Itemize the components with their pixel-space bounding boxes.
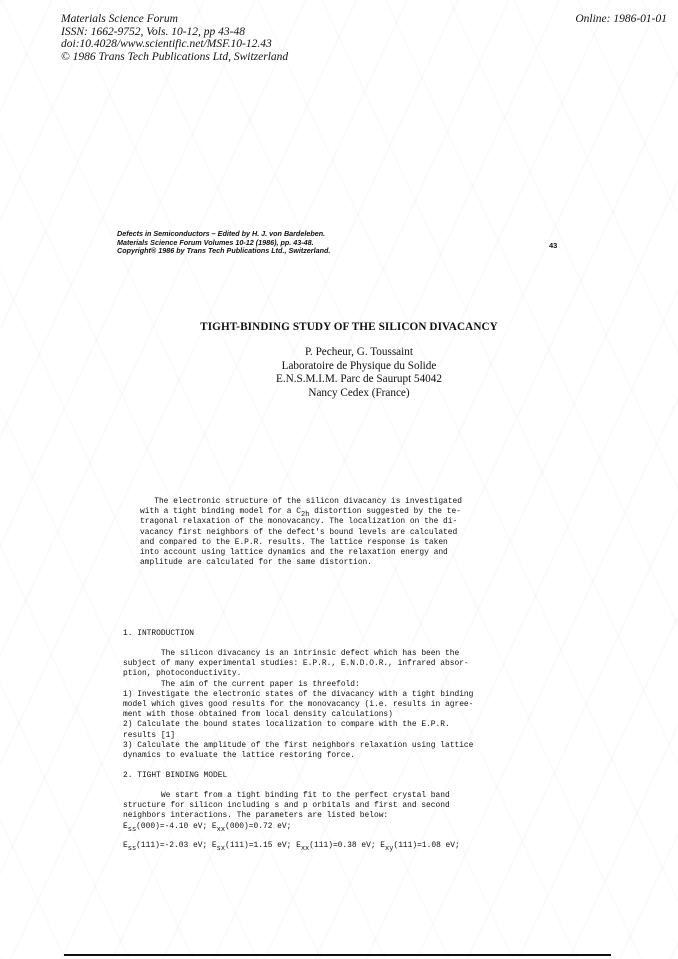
authors: P. Pecheur, G. Toussaint: [40, 346, 678, 360]
affiliation-address: E.N.S.M.I.M. Parc de Saurupt 54042: [40, 373, 678, 387]
parameter-xx000: Exx(000)=0.72 eV;: [212, 822, 291, 831]
doi-line: doi:10.4028/www.scientific.net/MSF.10-12…: [61, 38, 288, 51]
introduction-line: ption, photoconductivity.: [123, 669, 473, 679]
introduction-line: dynamics to evaluate the lattice restori…: [123, 751, 473, 761]
model-line: We start from a tight binding fit to the…: [123, 791, 450, 801]
parameter-xy111: Exy(111)=1.08 eV;: [380, 841, 459, 850]
introduction-line: results [1]: [123, 731, 473, 741]
section-heading-introduction: 1. INTRODUCTION: [123, 629, 194, 639]
abstract-line: vacancy first neighbors of the defect's …: [140, 528, 462, 538]
model-line: structure for silicon including s and p …: [123, 801, 450, 811]
copyright-line: © 1986 Trans Tech Publications Ltd, Swit…: [61, 51, 288, 64]
page-number: 43: [549, 241, 557, 250]
online-date: Online: 1986-01-01: [575, 13, 667, 26]
journal-citation-header: Materials Science Forum ISSN: 1662-9752,…: [61, 13, 288, 63]
parameter-line-first-neighbors: Ess(111)=-2.03 eV; Esx(111)=1.15 eV; Exx…: [123, 841, 460, 850]
affiliation-lab: Laboratoire de Physique du Solide: [40, 360, 678, 374]
original-print-header: Defects in Semiconductors – Edited by H.…: [117, 230, 330, 256]
introduction-line: subject of many experimental studies: E.…: [123, 659, 473, 669]
original-copyright-line: Copyright® 1986 by Trans Tech Publicatio…: [117, 247, 330, 256]
introduction-line: 3) Calculate the amplitude of the first …: [123, 741, 473, 751]
introduction-line: The silicon divacancy is an intrinsic de…: [123, 649, 473, 659]
issn-line: ISSN: 1662-9752, Vols. 10-12, pp 43-48: [61, 26, 288, 39]
parameter-line-onsite: Ess(000)=-4.10 eV; Exx(000)=0.72 eV;: [123, 822, 291, 831]
abstract-line: and compared to the E.P.R. results. The …: [140, 538, 462, 548]
parameter-ss000: Ess(000)=-4.10 eV;: [123, 822, 212, 831]
abstract-line: amplitude are calculated for the same di…: [140, 558, 462, 568]
journal-name: Materials Science Forum: [61, 13, 288, 26]
section-heading-tight-binding: 2. TIGHT BINDING MODEL: [123, 771, 227, 781]
author-block: P. Pecheur, G. Toussaint Laboratoire de …: [0, 346, 678, 400]
paper-title: TIGHT-BINDING STUDY OF THE SILICON DIVAC…: [0, 321, 678, 333]
introduction-line: model which gives good results for the m…: [123, 700, 473, 710]
abstract-line: The electronic structure of the silicon …: [140, 497, 462, 507]
abstract-line: tragonal relaxation of the monovacancy. …: [140, 517, 462, 527]
introduction-line: The aim of the current paper is threefol…: [123, 680, 473, 690]
parameter-xx111: Exx(111)=0.38 eV;: [296, 841, 380, 850]
introduction-body: The silicon divacancy is an intrinsic de…: [123, 649, 473, 761]
tight-binding-body: We start from a tight binding fit to the…: [123, 791, 450, 822]
model-line: neighbors interactions. The parameters a…: [123, 811, 450, 821]
introduction-line: 1) Investigate the electronic states of …: [123, 690, 473, 700]
abstract: The electronic structure of the silicon …: [140, 497, 462, 568]
abstract-line: with a tight binding model for a C2h dis…: [140, 507, 462, 517]
introduction-line: ment with those obtained from local dens…: [123, 710, 473, 720]
parameter-sx111: Esx(111)=1.15 eV;: [212, 841, 296, 850]
bottom-rule: [64, 954, 611, 956]
affiliation-city: Nancy Cedex (France): [40, 387, 678, 401]
parameter-ss111: Ess(111)=-2.03 eV;: [123, 841, 212, 850]
abstract-line: into account using lattice dynamics and …: [140, 548, 462, 558]
introduction-line: 2) Calculate the bound states localizati…: [123, 720, 473, 730]
